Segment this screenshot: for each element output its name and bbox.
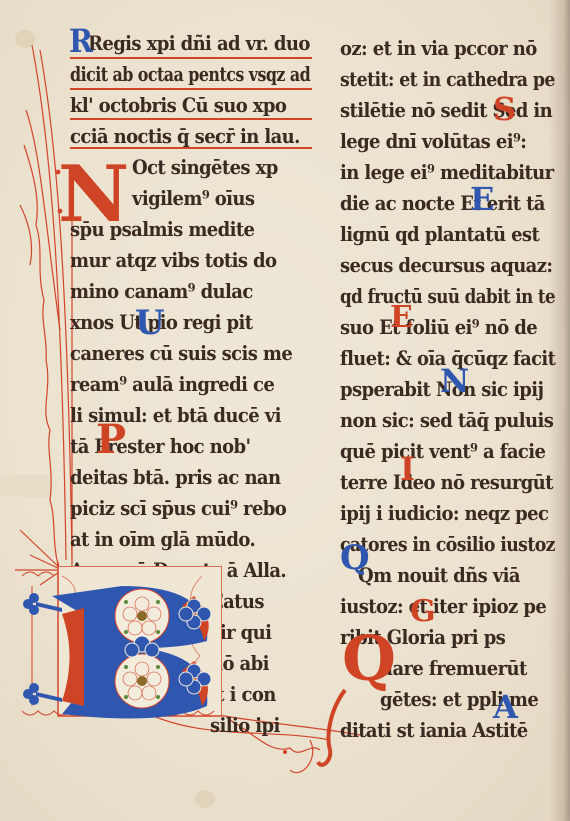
text-line: mino canam⁹ dulac [70, 276, 310, 307]
text-line: stetit: et in cathedra pe [340, 64, 547, 95]
text-line: qd fructū suū dabit in te [340, 281, 539, 312]
text-line: nō abi [210, 648, 310, 679]
text-line: lignū qd plantatū est [340, 219, 555, 250]
rubric-line: R Regis xpi dñi ad vr. duo [88, 28, 310, 59]
text-span: piciz scī sp̄us cui⁹ rebo [70, 496, 286, 520]
blue-initial-a: A [493, 688, 518, 726]
text-span: caneres cū suis scis me [70, 341, 292, 365]
text-line: catores in cōsilio iustoz [340, 529, 546, 560]
text-line: deitas btā. pris ac nan [70, 462, 310, 493]
text-line: mur atqz vibs totis do [70, 245, 310, 276]
text-line: Oct singētes xp [132, 152, 310, 183]
rubric-text: dicit ab octaa pentcs vsqz ad [70, 62, 310, 86]
text-span: deitas btā. pris ac nan [70, 465, 280, 489]
text-line: Eatus [210, 586, 310, 617]
text-line: vir qui [210, 617, 310, 648]
red-initial-n: N [58, 156, 129, 234]
text-span: non sic: sed tāq̄ puluis [340, 408, 553, 432]
text-line: uare fremuerūt [380, 653, 555, 684]
text-span: catores in cōsilio iustoz [340, 532, 555, 556]
blue-initial-r: R [69, 26, 92, 57]
text-line: at in oīm glā mūdo. [70, 524, 310, 555]
red-initial-p: P [96, 416, 126, 463]
text-line: iustoz: et iter ipioz pe [340, 591, 555, 622]
text-line: ream⁹ aulā ingredi ce [70, 369, 310, 400]
text-line: Qm nouit dñs viā [358, 560, 555, 591]
text-span: iustoz: et iter ipioz pe [340, 594, 546, 618]
text-line: lege dnī volūtas ei⁹: [340, 126, 555, 157]
text-span: in lege ei⁹ meditabitur [340, 160, 554, 184]
text-line: secus decursus aquaz: [340, 250, 555, 281]
red-initial-i: I [400, 450, 415, 488]
text-line: stilētie nō sedit Sed in [340, 95, 555, 126]
text-span: mur atqz vibs totis do [70, 248, 276, 272]
text-line: ditati st iania Astitē [340, 715, 555, 746]
text-span: vigilem⁹ oīus [132, 186, 254, 210]
text-span: uare fremuerūt [380, 656, 527, 680]
text-line: oz: et in via pccor nō [340, 33, 555, 64]
red-initial-s: S [493, 90, 516, 128]
illuminated-initial-b [22, 566, 222, 731]
blue-initial-q: Q [340, 538, 370, 578]
text-line: suo Et foliū ei⁹ nō de [340, 312, 555, 343]
text-line: terre Ideo nō resurgūt [340, 467, 555, 498]
red-initial-g: G [410, 594, 436, 629]
text-span: secus decursus aquaz: [340, 253, 552, 277]
text-line: silio ipi [210, 710, 310, 741]
parchment-stain [195, 790, 215, 808]
blue-initial-n: N [440, 362, 469, 400]
large-red-initial-q: Q [342, 628, 396, 690]
text-span: ream⁹ aulā ingredi ce [70, 372, 274, 396]
manuscript-page: R Regis xpi dñi ad vr. duo dicit ab octa… [0, 0, 570, 821]
text-span: lignū qd plantatū est [340, 222, 539, 246]
text-span: die ac nocte Et erit tā [340, 191, 545, 215]
blue-initial-u: U [135, 303, 165, 343]
text-span: quē picit vent⁹ a facie [340, 439, 545, 463]
rubric-line: kl' octobris Cū suo xpo [70, 90, 310, 121]
text-line: in lege ei⁹ meditabitur [340, 157, 555, 188]
text-line: vigilem⁹ oīus [132, 183, 310, 214]
text-span: oz: et in via pccor nō [340, 36, 537, 60]
text-span: ipij i iudicio: neqz pec [340, 501, 548, 525]
text-line: die ac nocte Et erit tā [340, 188, 555, 219]
rubric-text: cciā noctis q̄ secr̄ in lau. [70, 124, 300, 148]
repair-tape [0, 475, 52, 497]
text-span: stilētie nō sedit Sed in [340, 98, 552, 122]
text-span: stetit: et in cathedra pe [340, 67, 555, 91]
text-line: caneres cū suis scis me [70, 338, 310, 369]
text-line: quē picit vent⁹ a facie [340, 436, 555, 467]
text-line: xnos Ut pio regi pit [70, 307, 310, 338]
text-span: mino canam⁹ dulac [70, 279, 253, 303]
text-span: terre Ideo nō resurgūt [340, 470, 553, 494]
text-line: non sic: sed tāq̄ puluis [340, 405, 555, 436]
text-span: qd fructū suū dabit in te [340, 284, 555, 308]
rubric-line: dicit ab octaa pentcs vsqz ad [70, 59, 282, 90]
text-span: suo Et foliū ei⁹ nō de [340, 315, 537, 339]
red-initial-e: E [390, 300, 413, 335]
rubric-line: cciā noctis q̄ secr̄ in lau. [70, 121, 310, 152]
rubric-text: Regis xpi dñi ad vr. duo [88, 31, 310, 55]
text-span: lege dnī volūtas ei⁹: [340, 129, 526, 153]
text-span: Oct singētes xp [132, 155, 278, 179]
text-line: gētes: et ppli me [380, 684, 555, 715]
text-line: ipij i iudicio: neqz pec [340, 498, 555, 529]
text-span: Qm nouit dñs viā [358, 563, 520, 587]
text-line: piciz scī sp̄us cui⁹ rebo [70, 493, 310, 524]
text-span: at in oīm glā mūdo. [70, 527, 255, 551]
text-line: it i con [210, 679, 310, 710]
parchment-stain [15, 30, 35, 48]
rubric-text: kl' octobris Cū suo xpo [70, 93, 286, 117]
blue-initial-e: E [470, 180, 494, 218]
